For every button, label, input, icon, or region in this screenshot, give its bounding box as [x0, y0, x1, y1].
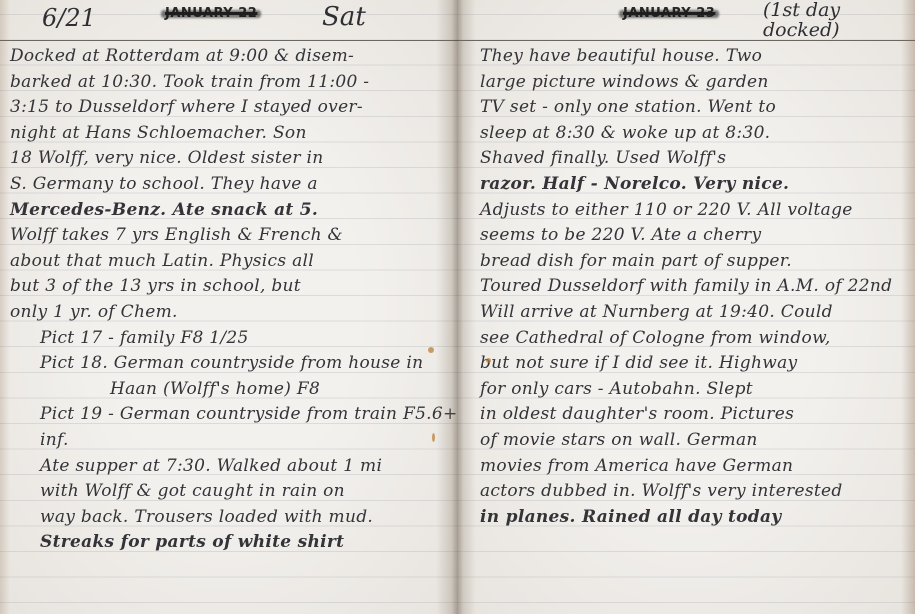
diary-line: S. Germany to school. They have a	[0, 172, 458, 198]
diary-line: actors dubbed in. Wolff's very intereste…	[458, 479, 915, 505]
diary-line: Pict 17 - family F8 1/25	[0, 326, 458, 352]
diary-line: movies from America have German	[458, 454, 915, 480]
diary-line: only 1 yr. of Chem.	[0, 300, 458, 326]
left-page-header: 6/21 JANUARY 22 Sat	[0, 0, 458, 40]
diary-spread: 6/21 JANUARY 22 Sat Docked at Rotterdam …	[0, 0, 915, 614]
diary-line: Haan (Wolff's home) F8	[0, 377, 458, 403]
diary-line: Toured Dusseldorf with family in A.M. of…	[458, 274, 915, 300]
diary-line: Pict 18. German countryside from house i…	[0, 351, 458, 377]
diary-line: sleep at 8:30 & woke up at 8:30.	[458, 121, 915, 147]
diary-line: with Wolff & got caught in rain on	[0, 479, 458, 505]
diary-line: night at Hans Schloemacher. Son	[0, 121, 458, 147]
diary-line: way back. Trousers loaded with mud.	[0, 505, 458, 531]
left-page-entry: Docked at Rotterdam at 9:00 & disem- bar…	[0, 44, 458, 556]
diary-line: Ate supper at 7:30. Walked about 1 mi	[0, 454, 458, 480]
diary-line: Pict 19 - German countryside from train …	[0, 402, 458, 428]
diary-line: Docked at Rotterdam at 9:00 & disem-	[0, 44, 458, 70]
diary-line: in oldest daughter's room. Pictures	[458, 402, 915, 428]
right-page-entry: They have beautiful house. Two large pic…	[458, 44, 915, 530]
diary-line: Adjusts to either 110 or 220 V. All volt…	[458, 198, 915, 224]
printed-date-crossed-out: JANUARY 23	[623, 6, 715, 21]
diary-line: Shaved finally. Used Wolff's	[458, 146, 915, 172]
diary-line: Wolff takes 7 yrs English & French &	[0, 223, 458, 249]
right-page-header: JANUARY 23 (1st day docked)	[458, 0, 915, 40]
paper-stain	[432, 433, 435, 442]
diary-line: for only cars - Autobahn. Slept	[458, 377, 915, 403]
diary-line: in planes. Rained all day today	[458, 505, 915, 531]
diary-line: 3:15 to Dusseldorf where I stayed over-	[0, 95, 458, 121]
diary-line: They have beautiful house. Two	[458, 44, 915, 70]
diary-line: large picture windows & garden	[458, 70, 915, 96]
diary-line: TV set - only one station. Went to	[458, 95, 915, 121]
header-rule	[458, 40, 915, 41]
diary-line: 18 Wolff, very nice. Oldest sister in	[0, 146, 458, 172]
diary-line: bread dish for main part of supper.	[458, 249, 915, 275]
diary-line: see Cathedral of Cologne from window,	[458, 326, 915, 352]
diary-line: razor. Half - Norelco. Very nice.	[458, 172, 915, 198]
diary-line: barked at 10:30. Took train from 11:00 -	[0, 70, 458, 96]
diary-line: about that much Latin. Physics all	[0, 249, 458, 275]
header-rule	[0, 40, 458, 41]
diary-line: Mercedes-Benz. Ate snack at 5.	[0, 198, 458, 224]
diary-line: seems to be 220 V. Ate a cherry	[458, 223, 915, 249]
handwritten-day: Sat	[322, 2, 366, 32]
diary-line: of movie stars on wall. German	[458, 428, 915, 454]
paper-stain	[428, 347, 434, 353]
left-page: 6/21 JANUARY 22 Sat Docked at Rotterdam …	[0, 0, 458, 614]
diary-line: inf.	[0, 428, 458, 454]
paper-stain	[486, 358, 491, 363]
printed-date-crossed-out: JANUARY 22	[165, 6, 257, 21]
diary-line: Will arrive at Nurnberg at 19:40. Could	[458, 300, 915, 326]
handwritten-header-note: (1st day docked)	[763, 0, 915, 40]
diary-line: but 3 of the 13 yrs in school, but	[0, 274, 458, 300]
diary-line: but not sure if I did see it. Highway	[458, 351, 915, 377]
diary-line: Streaks for parts of white shirt	[0, 530, 458, 556]
handwritten-date: 6/21	[42, 4, 96, 32]
right-page: JANUARY 23 (1st day docked) They have be…	[458, 0, 915, 614]
